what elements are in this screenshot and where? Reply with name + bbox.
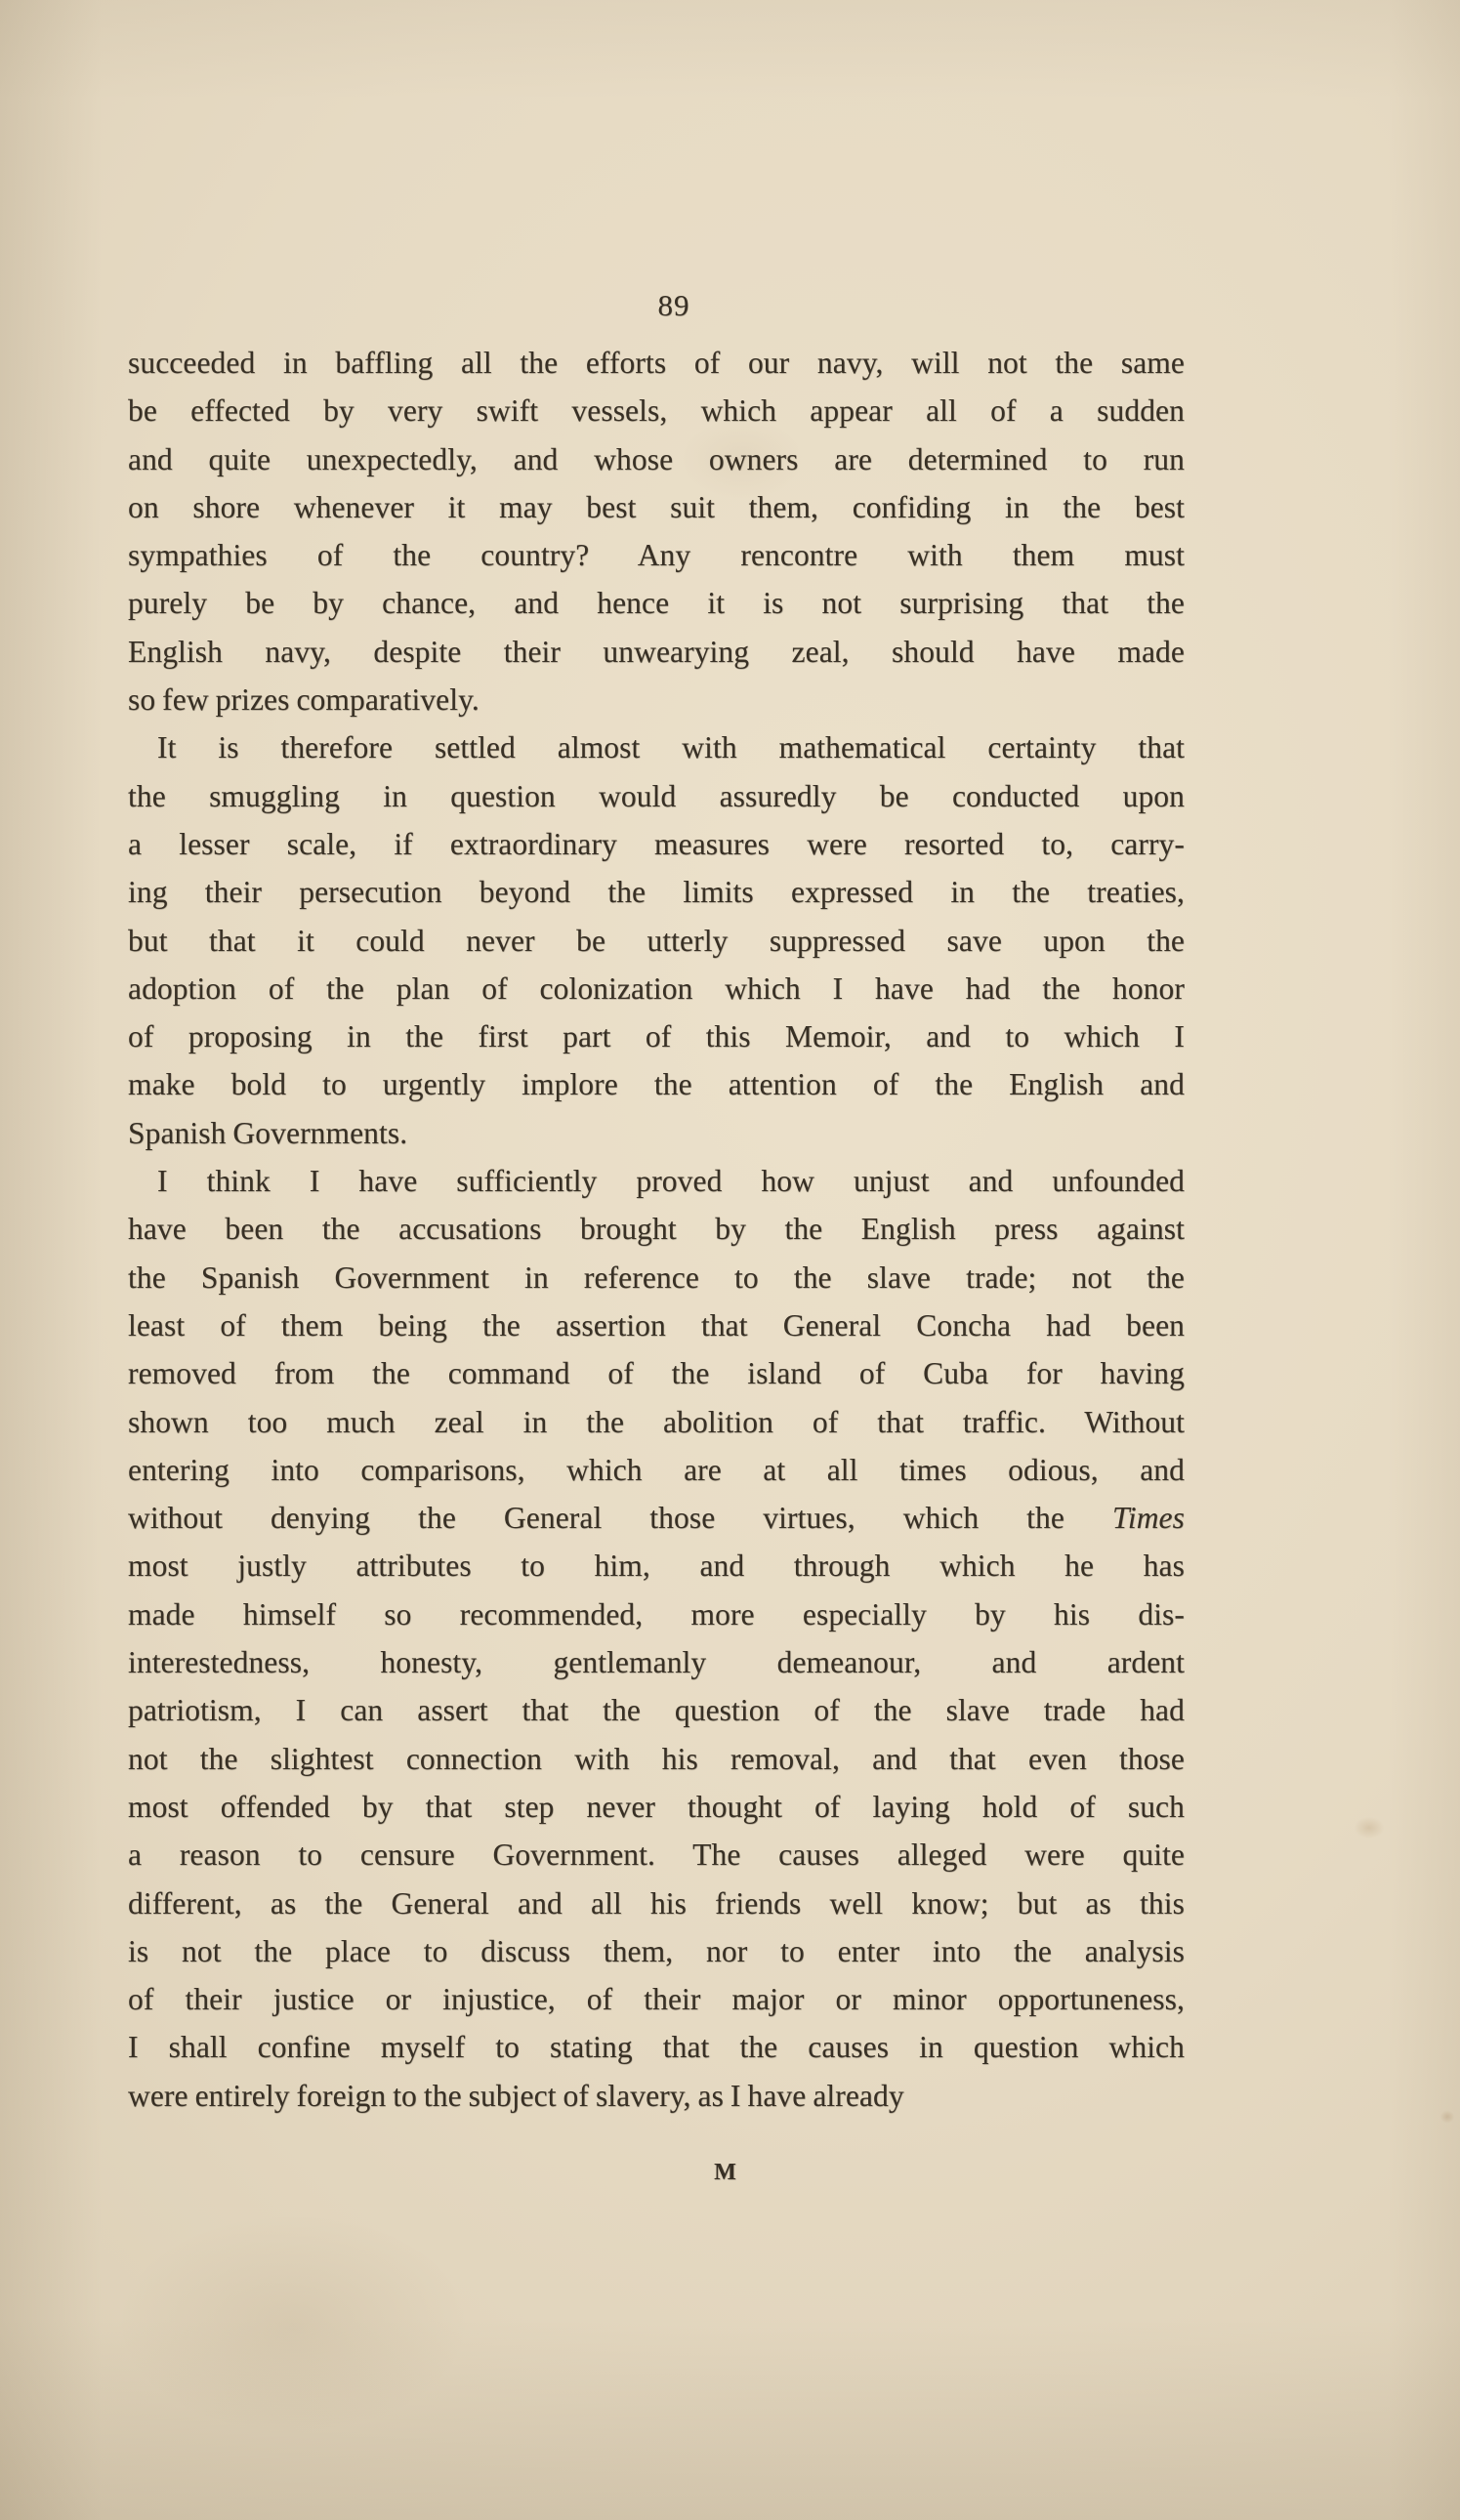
text-line: ing their persecution beyond the limits … (128, 868, 1185, 916)
text-line: sympathies of the country? Any rencontre… (128, 531, 1185, 579)
text-line: and quite unexpectedly, and whose owners… (128, 435, 1185, 483)
text-line: the smuggling in question would assuredl… (128, 772, 1185, 820)
text-line: interestedness, honesty, gentlemanly dem… (128, 1638, 1185, 1686)
text-line: but that it could never be utterly suppr… (128, 917, 1185, 965)
text-line: Spanish Governments. (128, 1109, 1185, 1157)
text-line: on shore whenever it may best suit them,… (128, 483, 1185, 531)
text-line: succeeded in baffling all the efforts of… (128, 339, 1185, 387)
page-number: 89 (658, 288, 690, 323)
text-line: make bold to urgently implore the attent… (128, 1060, 1185, 1108)
paragraph: I think I have sufficiently proved how u… (128, 1157, 1185, 2120)
text-line: not the slightest connection with his re… (128, 1735, 1185, 1783)
text-line: the Spanish Government in reference to t… (128, 1254, 1185, 1301)
text-line: patriotism, I can assert that the questi… (128, 1686, 1185, 1734)
text-line: a lesser scale, if extraordinary measure… (128, 820, 1185, 868)
paragraph: succeeded in baffling all the efforts of… (128, 339, 1185, 723)
text-line: were entirely foreign to the subject of … (128, 2072, 1185, 2120)
text-line: English navy, despite their unwearying z… (128, 628, 1185, 676)
text-line: without denying the General those virtue… (128, 1494, 1185, 1542)
text-line: be effected by very swift vessels, which… (128, 387, 1185, 434)
text-line: most offended by that step never thought… (128, 1783, 1185, 1831)
text-line: most justly attributes to him, and throu… (128, 1542, 1185, 1590)
text-line: least of them being the assertion that G… (128, 1301, 1185, 1349)
text-line: have been the accusations brought by the… (128, 1205, 1185, 1253)
text-line: I think I have sufficiently proved how u… (128, 1157, 1185, 1205)
text-line: of their justice or injustice, of their … (128, 1975, 1185, 2023)
text-line: of proposing in the first part of this M… (128, 1012, 1185, 1060)
text-line: different, as the General and all his fr… (128, 1880, 1185, 1927)
text-line: shown too much zeal in the abolition of … (128, 1398, 1185, 1446)
signature-mark: M (714, 2160, 737, 2186)
text-line: It is therefore settled almost with math… (128, 723, 1185, 771)
book-page-scan: 89 succeeded in baffling all the efforts… (0, 0, 1460, 2520)
text-line: purely be by chance, and hence it is not… (128, 579, 1185, 627)
text-line: so few prizes comparatively. (128, 676, 1185, 723)
text-line: entering into comparisons, which are at … (128, 1446, 1185, 1494)
text-line: a reason to censure Government. The caus… (128, 1831, 1185, 1879)
paragraph: It is therefore settled almost with math… (128, 723, 1185, 1157)
text-line: removed from the command of the island o… (128, 1349, 1185, 1397)
text-line: is not the place to discuss them, nor to… (128, 1927, 1185, 1975)
page-text-block: succeeded in baffling all the efforts of… (128, 339, 1185, 2120)
text-line: I shall confine myself to stating that t… (128, 2023, 1185, 2071)
text-line: made himself so recommended, more especi… (128, 1590, 1185, 1638)
text-line: adoption of the plan of colonization whi… (128, 965, 1185, 1012)
